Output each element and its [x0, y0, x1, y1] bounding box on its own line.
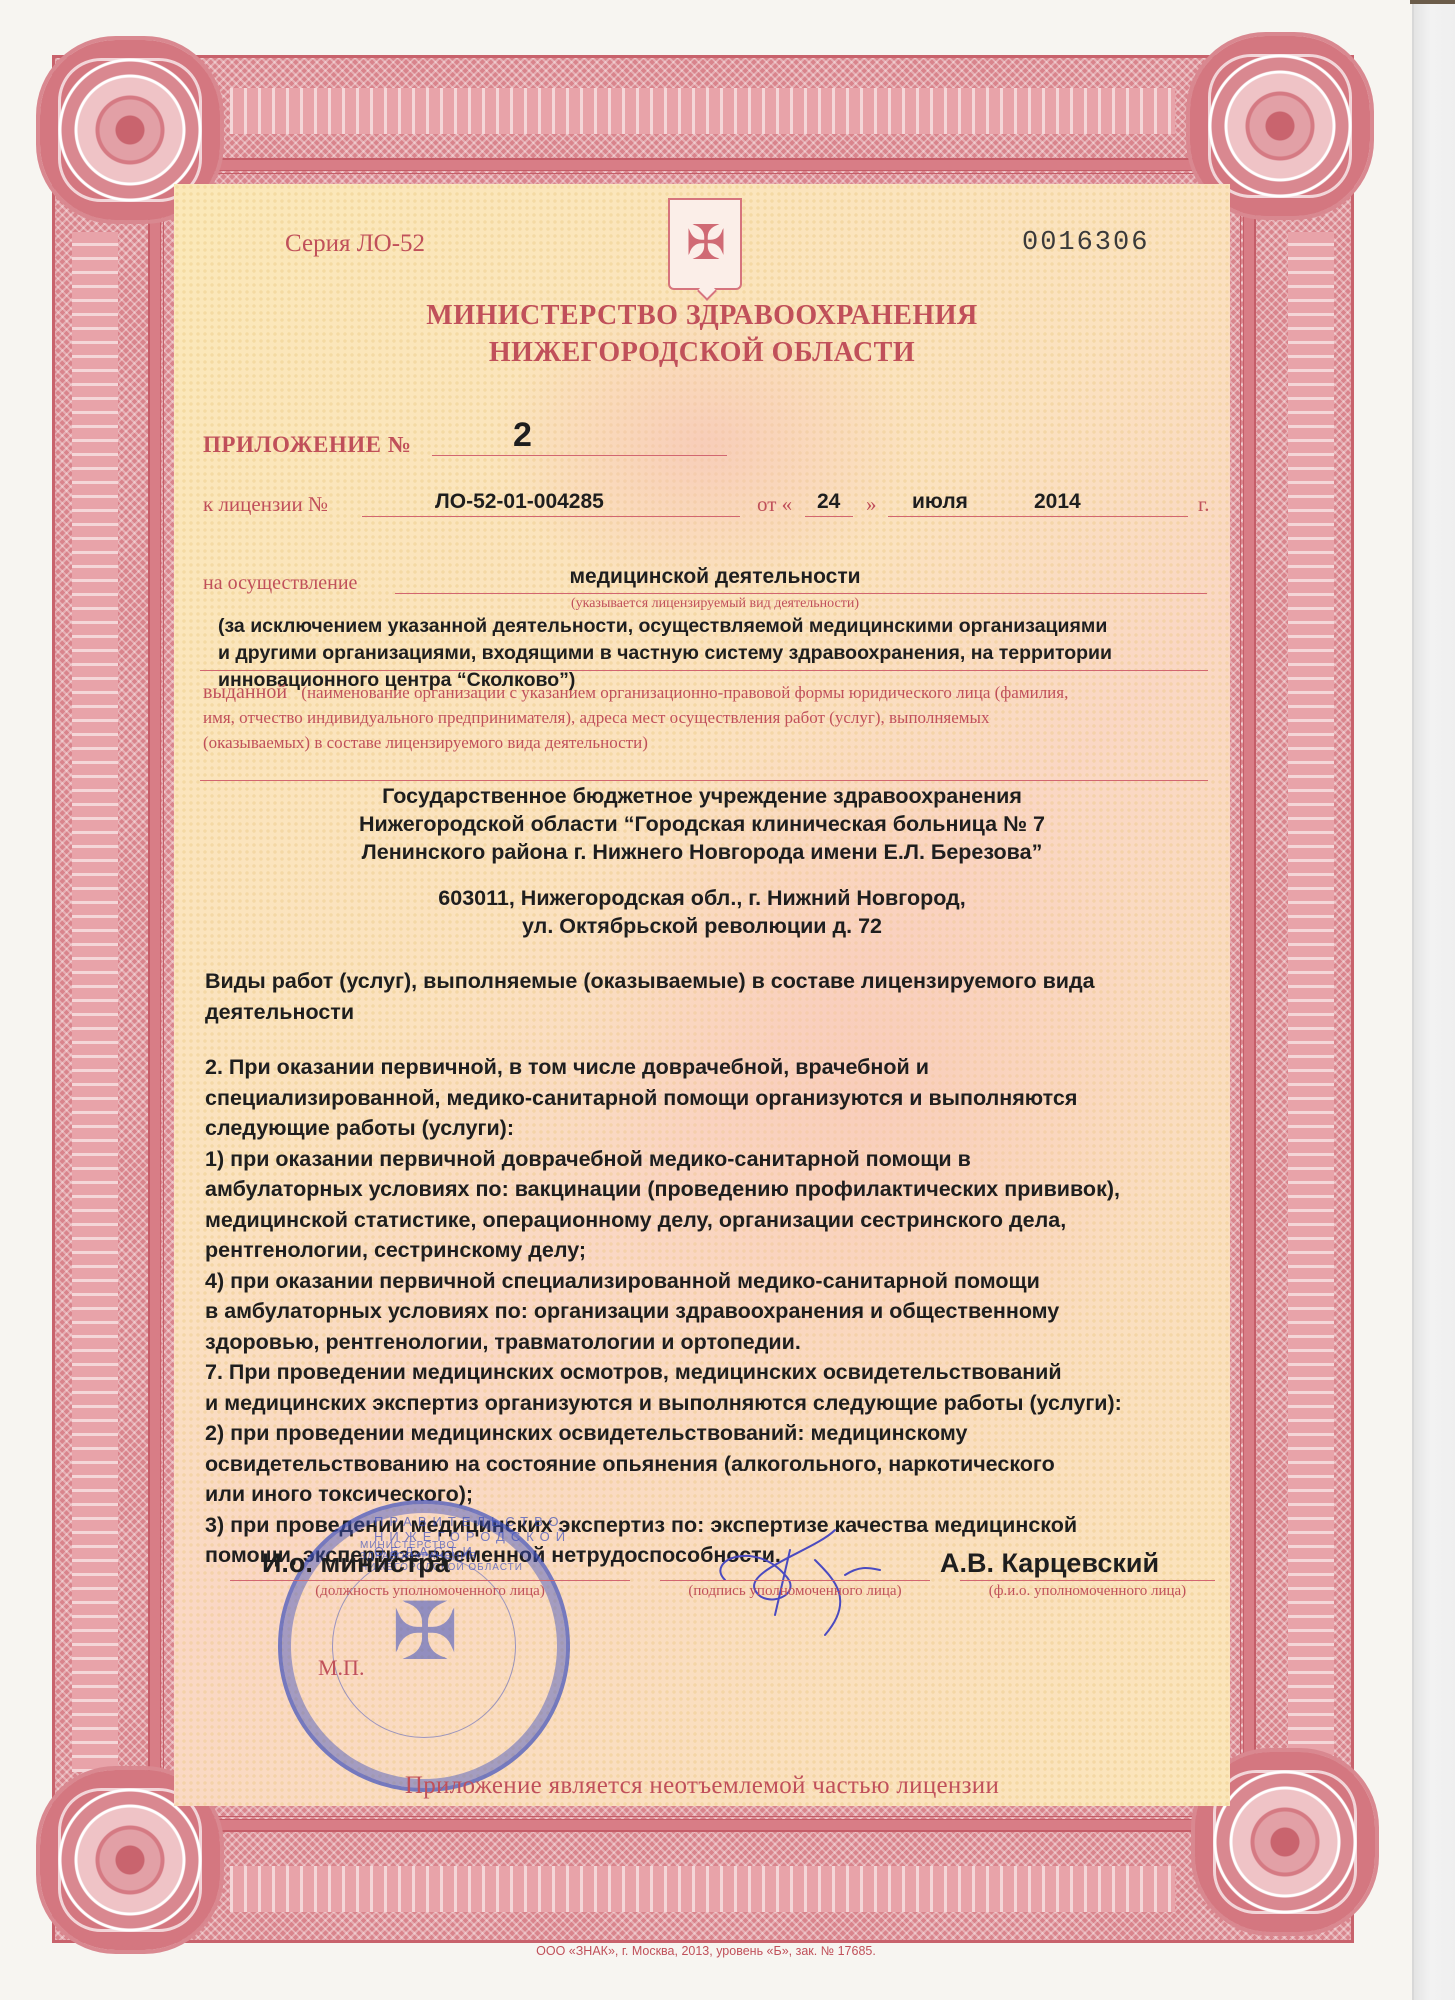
eagle-icon: ✠ [680, 208, 732, 280]
organization-line: Нижегородской области “Городская клиниче… [174, 810, 1230, 838]
license-number-line [362, 516, 740, 517]
services-list: 2. При оказании первичной, в том числе д… [205, 1052, 1235, 1571]
seal-placeholder-label: М.П. [318, 1655, 364, 1681]
border-band-top [230, 88, 1175, 134]
license-number: ЛО-52-01-004285 [435, 490, 604, 514]
license-label: к лицензии № [203, 492, 328, 517]
service-line: и медицинских экспертиз организуются и в… [205, 1388, 1235, 1419]
service-line: следующие работы (услуги): [205, 1113, 1235, 1144]
service-line: медицинской статистике, операционному де… [205, 1205, 1235, 1236]
issued-caption-line: (оказываемых) в составе лицензируемого в… [203, 730, 1223, 755]
license-year: 2014 [1034, 490, 1081, 514]
license-date-close-quote: » [866, 492, 877, 517]
appendix-number: 2 [513, 416, 532, 455]
issued-caption: (наименование организации с указанием ор… [301, 683, 1068, 702]
signatory-name: А.В. Карцевский [940, 1548, 1159, 1579]
service-line: 4) при оказании первичной специализирова… [205, 1266, 1235, 1297]
service-line: 2) при проведении медицинских освидетель… [205, 1418, 1235, 1449]
license-month-line [888, 516, 1188, 517]
organization-line: Ленинского района г. Нижнего Новгорода и… [174, 838, 1230, 866]
issued-caption-block: выданной (наименование организации с ука… [203, 680, 1223, 755]
series-label: Серия ЛО-52 [285, 230, 425, 258]
activity-exception-line: и другими организациями, входящими в час… [218, 640, 1112, 667]
address-line: ул. Октябрьской революции д. 72 [174, 912, 1230, 940]
official-seal: ✠ ПРАВИТЕЛЬСТВО НИЖЕГОРОДСКОЙ ОБЛАСТИ МИ… [278, 1500, 570, 1792]
license-year-suffix: г. [1198, 492, 1210, 517]
issued-caption-line: выданной (наименование организации с ука… [203, 680, 1223, 705]
ministry-title-line2: НИЖЕГОРОДСКОЙ ОБЛАСТИ [174, 337, 1230, 369]
license-day-line [805, 516, 853, 517]
name-line [960, 1580, 1215, 1581]
activity-caption: (указывается лицензируемый вид деятельно… [395, 596, 1035, 612]
appendix-number-line [432, 455, 727, 456]
service-line: 1) при оказании первичной доврачебной ме… [205, 1144, 1235, 1175]
organization-name: Государственное бюджетное учреждение здр… [174, 782, 1230, 866]
activity-exception-line-rule [200, 670, 1208, 671]
footer-note: Приложение является неотъемлемой частью … [174, 1772, 1230, 1800]
service-line: здоровью, рентгенологии, травматологии и… [205, 1327, 1235, 1358]
seal-inner-ring: ✠ [332, 1554, 516, 1738]
issued-label: выданной [203, 681, 287, 703]
organization-line: Государственное бюджетное учреждение здр… [174, 782, 1230, 810]
license-day: 24 [817, 490, 840, 514]
service-line: 7. При проведении медицинских осмотров, … [205, 1357, 1235, 1388]
activity-exception-line: (за исключением указанной деятельности, … [218, 613, 1112, 640]
services-heading: Виды работ (услуг), выполняемые (оказыва… [205, 966, 1225, 1027]
signature-line [660, 1580, 930, 1581]
signature-caption: (подпись уполномоченного лица) [660, 1583, 930, 1600]
address-line: 603011, Нижегородская обл., г. Нижний Но… [174, 884, 1230, 912]
appendix-label: ПРИЛОЖЕНИЕ № [203, 432, 411, 458]
service-line: или иного токсического); [205, 1479, 1235, 1510]
printer-info: ООО «ЗНАК», г. Москва, 2013, уровень «Б»… [0, 1944, 1412, 1958]
service-line: освидетельствованию на состояние опьянен… [205, 1449, 1235, 1480]
issued-rule [200, 780, 1208, 781]
border-band-right [1288, 232, 1334, 1772]
service-line: специализированной, медико-санитарной по… [205, 1083, 1235, 1114]
activity-value: медицинской деятельности [395, 565, 1035, 589]
organization-address: 603011, Нижегородская обл., г. Нижний Но… [174, 884, 1230, 940]
coat-of-arms-icon: ✠ [668, 198, 742, 290]
scanner-edge [1412, 0, 1455, 2000]
border-band-left [72, 232, 118, 1772]
services-heading-line: деятельности [205, 997, 1225, 1028]
service-line: рентгенологии, сестринскому делу; [205, 1235, 1235, 1266]
signatory-position: И.о. министра [262, 1548, 450, 1579]
service-line: 2. При оказании первичной, в том числе д… [205, 1052, 1235, 1083]
activity-label: на осуществление [203, 572, 357, 595]
position-line [230, 1580, 630, 1581]
services-heading-line: Виды работ (услуг), выполняемые (оказыва… [205, 966, 1225, 997]
service-line: амбулаторных условиях по: вакцинации (пр… [205, 1174, 1235, 1205]
issued-caption-line: имя, отчество индивидуального предприним… [203, 705, 1223, 730]
license-month: июля [912, 490, 968, 514]
name-caption: (ф.и.о. уполномоченного лица) [960, 1583, 1215, 1600]
scanner-mark [1410, 0, 1455, 4]
border-band-bottom [230, 1866, 1175, 1912]
activity-line [395, 593, 1207, 594]
service-line: в амбулаторных условиях по: организации … [205, 1296, 1235, 1327]
position-caption: (должность уполномоченного лица) [230, 1583, 630, 1600]
form-number: 0016306 [1022, 228, 1149, 258]
ministry-title-line1: МИНИСТЕРСТВО ЗДРАВООХРАНЕНИЯ [174, 300, 1230, 332]
license-date-from: от « [757, 492, 792, 517]
